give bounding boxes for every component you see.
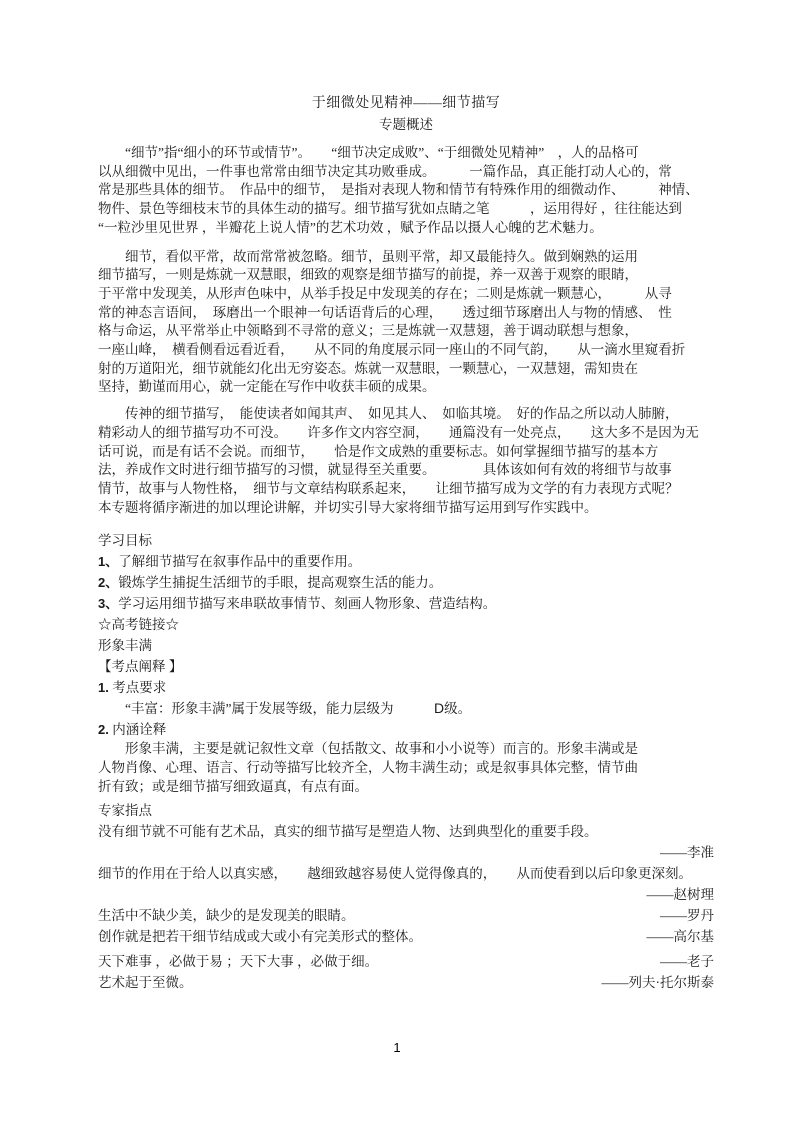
point-body-text: 级。 (444, 701, 471, 716)
exam-point-1-body: “丰富：形象丰满”属于发展等级，能力层级为 D级。 (98, 698, 714, 719)
expert-quote-row: 艺术起于至微。 ——列夫·托尔斯泰 (98, 972, 714, 993)
expert-heading: 专家指点 (98, 800, 714, 821)
text-line: 法，养成作文时进行细节描写的习惯，就显得至关重要。 具体该如何有效的将细节与故事 (98, 461, 714, 480)
goal-number: 2、 (98, 575, 118, 590)
text-line: 于平常中发现美，从形声色味中，从举手投足中发现美的存在；二则是炼就一颗慧心， 从… (98, 285, 714, 304)
point-label: 考点要求 (109, 680, 166, 695)
quote-author: ——老子 (660, 951, 714, 972)
point-label: 内涵诠释 (109, 722, 166, 737)
text-line: 常是那些具体的细节。 作品中的细节， 是指对表现人物和情节有特殊作用的细微动作、… (98, 181, 714, 200)
goal-text: 锻炼学生捕捉生活细节的手眼，提高观察生活的能力。 (118, 575, 442, 590)
text-line: 形象丰满，主要是就记叙性文章（包括散文、故事和小小说等）而言的。形象丰满或是 (98, 740, 714, 759)
expert-quote: 生活中不缺少美，缺少的是发现美的眼睛。 (98, 905, 355, 926)
expert-quote: 没有细节就不可能有艺术品，真实的细节描写是塑造人物、达到典型化的重要手段。 (98, 821, 714, 842)
goal-text: 了解细节描写在叙事作品中的重要作用。 (118, 554, 361, 569)
text-line: 格与命运，从平常举止中领略到不寻常的意义；三是炼就一双慧翅，善于调动联想与想象， (98, 322, 714, 341)
text-line: 情节，故事与人物性格， 细节与文章结构联系起来， 让细节描写成为文学的有力表现方… (98, 480, 714, 499)
exam-point-1: 1. 考点要求 (98, 677, 714, 698)
text-line: 坚持，勤谨而用心，就一定能在写作中收获丰硕的成果。 (98, 378, 714, 397)
text-line: 射的万道阳光，细节就能幻化出无穷姿态。炼就一双慧眼，一颗慧心，一双慧翅，需知贵在 (98, 360, 714, 379)
text-line: “一粒沙里见世界 ，半瓣花上说人情”的艺术功效 ，赋予作品以摄人心魄的艺术魅力。 (98, 219, 714, 238)
goal-item: 3、学习运用细节描写来串联故事情节、刻画人物形象、营造结构。 (98, 593, 714, 614)
paragraph-overview-1: “细节”指“细小的环节或情节”。 “细节决定成败”、“于细微处见精神” ，人的品… (98, 144, 714, 238)
doc-subtitle: 专题概述 (98, 114, 714, 136)
text-line: 常的神态言语间， 琢磨出一个眼神一句话语背后的心理， 透过细节琢磨出人与物的情感… (98, 304, 714, 323)
quote-author: ——李准 (98, 842, 714, 863)
paragraph-overview-3: 传神的细节描写， 能使读者如闻其声、 如见其人、 如临其境。 好的作品之所以动人… (98, 405, 714, 517)
text-line: 以从细微中见出，一件事也常常由细节决定其功败垂成。 一篇作品，真正能打动人心的，… (98, 163, 714, 182)
text-line: “细节”指“细小的环节或情节”。 “细节决定成败”、“于细微处见精神” ，人的品… (98, 144, 714, 163)
point-number: 1. (98, 680, 109, 695)
exam-point-heading: 【考点阐释 】 (98, 656, 714, 677)
text-line: 物件、景色等细枝末节的具体生动的描写。细节描写犹如点睛之笔 ，运用得好 ，往往能… (98, 200, 714, 219)
doc-title: 于细微处见精神——细节描写 (98, 93, 714, 114)
expert-guidance-section: 专家指点 没有细节就不可能有艺术品，真实的细节描写是塑造人物、达到典型化的重要手… (98, 800, 714, 993)
quote-author: ——列夫·托尔斯泰 (602, 972, 715, 993)
expert-quote: 细节的作用在于给人以真实感， 越细致越容易使人觉得像真的， 从而使看到以后印象更… (98, 863, 714, 884)
learning-goals-section: 学习目标 1、了解细节描写在叙事作品中的重要作用。 2、锻炼学生捕捉生活细节的手… (98, 530, 714, 614)
exam-point-2: 2. 内涵诠释 (98, 719, 714, 740)
quote-author: ——罗丹 (660, 905, 714, 926)
expert-quote-row: 创作就是把若干细节结成或大或小有完美形式的整体。 ——高尔基 (98, 926, 714, 947)
page-number: 1 (0, 1040, 794, 1055)
quote-author: ——赵树理 (98, 884, 714, 905)
quote-author: ——高尔基 (647, 926, 715, 947)
point-number: 2. (98, 722, 109, 737)
text-line: 话可说，而是有话不会说。而细节， 恰是作文成熟的重要标志。如何掌握细节描写的基本… (98, 443, 714, 462)
goal-item: 2、锻炼学生捕捉生活细节的手眼，提高观察生活的能力。 (98, 572, 714, 593)
gaokao-link-heading: ☆高考链接☆ (98, 614, 714, 635)
text-line: 精彩动人的细节描写功不可没。 许多作文内容空洞， 通篇没有一处亮点， 这大多不是… (98, 424, 714, 443)
gaokao-link-section: ☆高考链接☆ 形象丰满 【考点阐释 】 1. 考点要求 “丰富：形象丰满”属于发… (98, 614, 714, 796)
text-line: 细节描写，一则是炼就一双慧眼，细致的观察是细节描写的前提，养一双善于观察的眼睛， (98, 266, 714, 285)
text-line: 人物肖像、心理、语言、行动等描写比较齐全，人物丰满生动；或是叙事具体完整，情节曲 (98, 759, 714, 778)
learning-goals-heading: 学习目标 (98, 530, 714, 551)
goal-number: 1、 (98, 554, 118, 569)
gaokao-topic: 形象丰满 (98, 635, 714, 656)
goal-number: 3、 (98, 596, 118, 611)
expert-quote: 创作就是把若干细节结成或大或小有完美形式的整体。 (98, 926, 422, 947)
text-line: 细节，看似平常，故而常常被忽略。细节，虽则平常，却又最能持久。做到娴熟的运用 (98, 248, 714, 267)
expert-quote: 艺术起于至微。 (98, 972, 193, 993)
connotation-paragraph: 形象丰满，主要是就记叙性文章（包括散文、故事和小小说等）而言的。形象丰满或是 人… (98, 740, 714, 796)
goal-item: 1、了解细节描写在叙事作品中的重要作用。 (98, 551, 714, 572)
document-page: 于细微处见精神——细节描写 专题概述 “细节”指“细小的环节或情节”。 “细节决… (0, 0, 794, 1123)
text-line: 传神的细节描写， 能使读者如闻其声、 如见其人、 如临其境。 好的作品之所以动人… (98, 405, 714, 424)
text-line: 本专题将循序渐进的加以理论讲解，并切实引导大家将细节描写运用到写作实践中。 (98, 499, 714, 518)
expert-quote-row: 天下难事 ，必做于易 ；天下大事 ，必做于细。 ——老子 (98, 951, 714, 972)
expert-quote-row: 生活中不缺少美，缺少的是发现美的眼睛。 ——罗丹 (98, 905, 714, 926)
goal-text: 学习运用细节描写来串联故事情节、刻画人物形象、营造结构。 (118, 596, 496, 611)
expert-quote: 天下难事 ，必做于易 ；天下大事 ，必做于细。 (98, 951, 378, 972)
paragraph-overview-2: 细节，看似平常，故而常常被忽略。细节，虽则平常，却又最能持久。做到娴熟的运用 细… (98, 248, 714, 398)
text-line: 一座山峰， 横看侧看远看近看， 从不同的角度展示同一座山的不同气韵， 从一滴水里… (98, 341, 714, 360)
grade-level: D (434, 700, 444, 716)
text-line: 折有致；或是细节描写细致逼真，有点有面。 (98, 778, 714, 797)
point-body-text: “丰富：形象丰满”属于发展等级，能力层级为 (98, 701, 434, 716)
